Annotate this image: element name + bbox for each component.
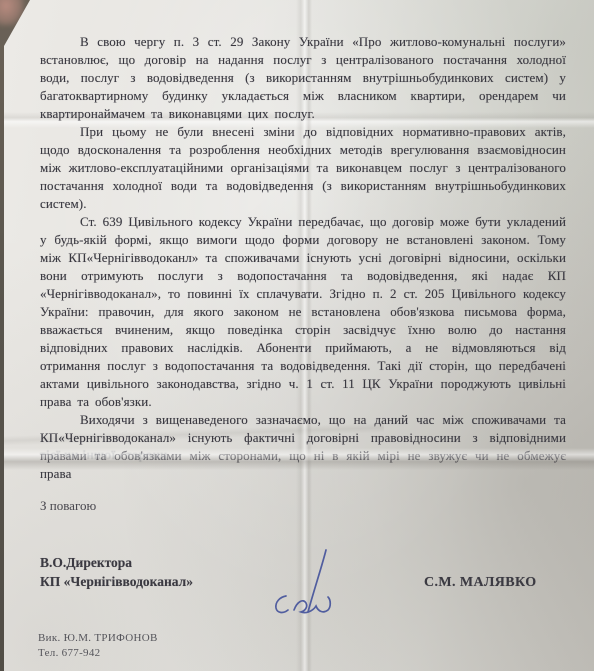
paragraph-civil-code: Ст. 639 Цивільного кодексу України перед… xyxy=(40,213,566,411)
paper-fold-horizontal-bottom xyxy=(4,448,594,470)
closing-salutation: З повагою xyxy=(40,498,96,514)
paragraph-no-changes: При цьому не були внесені зміни до відпо… xyxy=(40,123,566,213)
executor-phone: Тел. 677-942 xyxy=(38,646,158,661)
signer-title: В.О.Директора КП «Чернігівводоканал» xyxy=(40,553,193,591)
signer-name: С.М. МАЛЯВКО xyxy=(424,575,537,591)
photo-of-letter: В свою чергу п. 3 ст. 29 Закону України … xyxy=(0,0,594,671)
executor-name: Вик. Ю.М. ТРИФОНОВ xyxy=(38,631,158,646)
letter-paper: В свою чергу п. 3 ст. 29 Закону України … xyxy=(4,0,594,671)
executor-footer: Вик. Ю.М. ТРИФОНОВ Тел. 677-942 xyxy=(38,631,158,661)
letter-body-text: В свою чергу п. 3 ст. 29 Закону України … xyxy=(40,33,566,483)
signer-title-line1: В.О.Директора xyxy=(40,553,193,572)
signer-title-line2: КП «Чернігівводоканал» xyxy=(40,572,193,591)
paragraph-law-services: В свою чергу п. 3 ст. 29 Закону України … xyxy=(40,33,566,123)
handwritten-signature-icon xyxy=(260,548,356,624)
